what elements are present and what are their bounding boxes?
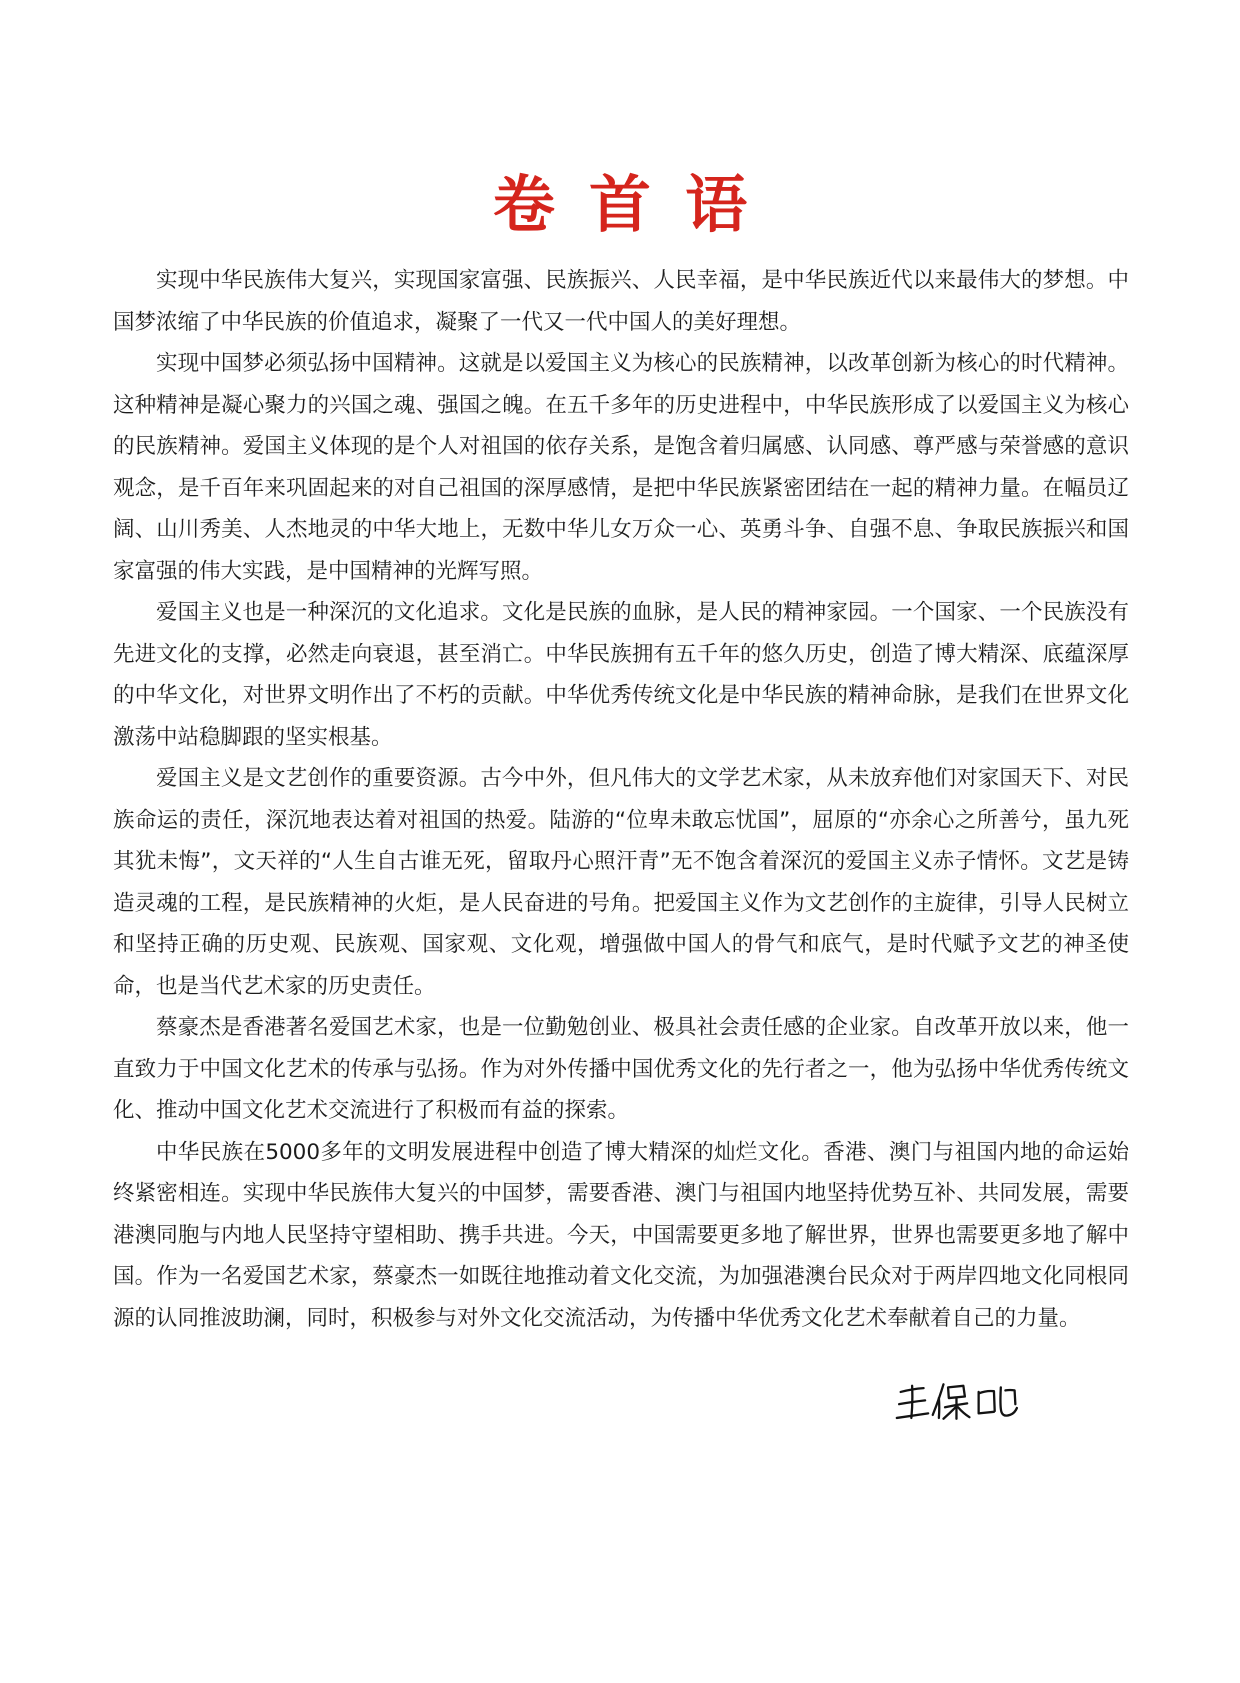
- paragraph: 实现中国梦必须弘扬中国精神。这就是以爱国主义为核心的民族精神，以改革创新为核心的…: [113, 343, 1129, 592]
- document-body: 实现中华民族伟大复兴，实现国家富强、民族振兴、人民幸福，是中华民族近代以来最伟大…: [113, 260, 1129, 1339]
- paragraph: 蔡豪杰是香港著名爱国艺术家，也是一位勤勉创业、极具社会责任感的企业家。自改革开放…: [113, 1007, 1129, 1132]
- paragraph: 中华民族在5000多年的文明发展进程中创造了博大精深的灿烂文化。香港、澳门与祖国…: [113, 1132, 1129, 1340]
- document-page: 卷首语 实现中华民族伟大复兴，实现国家富强、民族振兴、人民幸福，是中华民族近代以…: [0, 0, 1240, 1683]
- paragraph: 爱国主义是文艺创作的重要资源。古今中外，但凡伟大的文学艺术家，从未放弃他们对家国…: [113, 758, 1129, 1007]
- signature-strokes-icon: [893, 1372, 1023, 1444]
- paragraph: 实现中华民族伟大复兴，实现国家富强、民族振兴、人民幸福，是中华民族近代以来最伟大…: [113, 260, 1129, 343]
- handwritten-signature: [893, 1372, 1023, 1444]
- paragraph: 爱国主义也是一种深沉的文化追求。文化是民族的血脉，是人民的精神家园。一个国家、一…: [113, 592, 1129, 758]
- page-title: 卷首语: [0, 168, 1240, 242]
